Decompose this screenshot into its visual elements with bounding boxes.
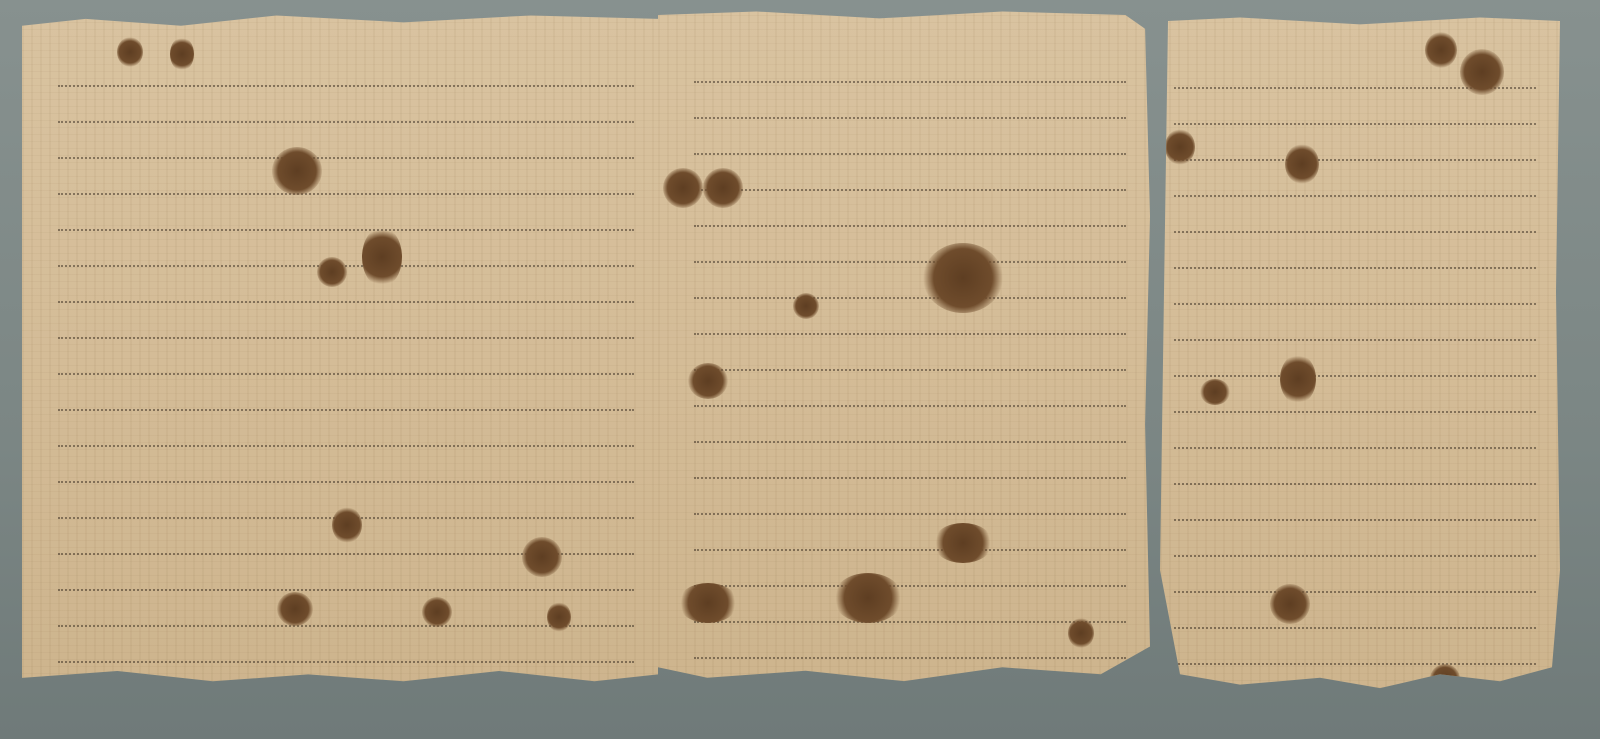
text-line [58,108,634,123]
text-line [694,320,1126,335]
text-line [694,608,1126,623]
text-line [1174,146,1536,161]
text-line [1174,434,1536,449]
text-line [1174,218,1536,233]
stain [1200,379,1230,405]
stain [678,583,738,623]
text-line [1174,542,1536,557]
text-line [58,396,634,411]
stain [362,227,402,287]
text-line [694,572,1126,587]
text-line [58,180,634,195]
text-line [58,288,634,303]
papyrus-fragment-left [22,12,658,702]
text-line [694,284,1126,299]
text-line [58,468,634,483]
stain [522,537,562,577]
text-block-middle [694,68,1126,680]
text-line [1174,398,1536,413]
stain [170,37,194,71]
text-line [1174,506,1536,521]
text-line [694,500,1126,515]
stain [833,573,903,623]
text-line [1174,578,1536,593]
stain [1285,144,1319,184]
text-line [1174,362,1536,377]
text-line [694,356,1126,371]
text-line [1174,182,1536,197]
stain [703,168,743,208]
text-line [58,72,634,87]
stain [1270,584,1310,624]
text-line [58,252,634,267]
text-line [58,216,634,231]
text-line [58,324,634,339]
text-line [1174,290,1536,305]
stain [1165,129,1195,165]
text-line [694,428,1126,443]
text-line [1174,470,1536,485]
text-line [694,392,1126,407]
text-line [1174,614,1536,629]
stain [1280,354,1316,404]
text-line [694,536,1126,551]
stain [422,597,452,627]
stain [688,363,728,399]
text-line [694,104,1126,119]
stain [117,37,143,67]
stain [933,523,993,563]
stain [277,592,313,626]
text-line [1174,110,1536,125]
text-line [694,68,1126,83]
stain [1460,49,1504,95]
stain [317,257,347,287]
text-line [694,176,1126,191]
stain [547,602,571,632]
text-line [694,248,1126,263]
papyrus-fragment-middle [658,8,1150,702]
stain [793,293,819,319]
text-line [58,432,634,447]
stain [272,147,322,195]
text-line [58,648,634,663]
text-line [58,360,634,375]
text-line [694,464,1126,479]
text-line [58,144,634,159]
text-line [694,140,1126,155]
stain [332,507,362,543]
text-line [694,212,1126,227]
text-line [1174,326,1536,341]
papyrus-fragment-right [1160,14,1560,709]
stain [923,243,1003,313]
stain [1068,618,1094,648]
text-line [1174,650,1536,665]
stain [1425,32,1457,68]
text-line [694,644,1126,659]
stain [663,168,703,208]
text-line [58,576,634,591]
text-line [1174,254,1536,269]
